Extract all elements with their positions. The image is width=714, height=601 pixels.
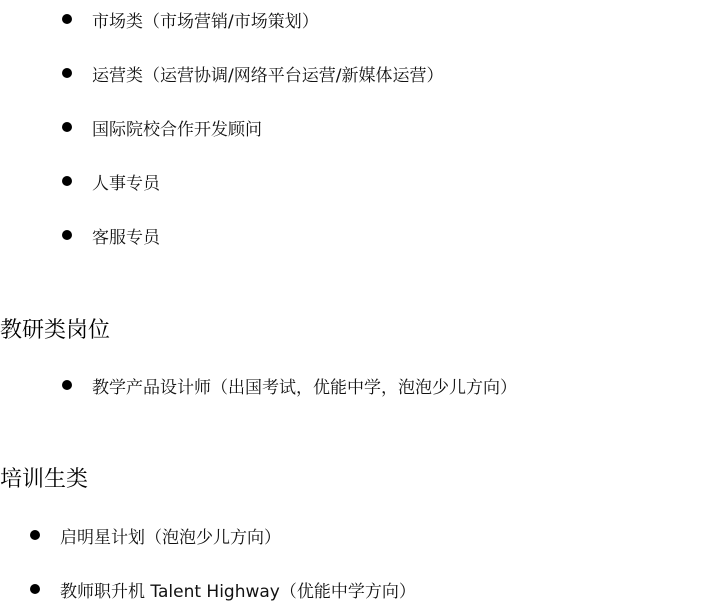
list-item: 人事专员: [62, 169, 160, 193]
bullet-icon: [62, 122, 72, 132]
list-item-label: 教学产品设计师（出国考试，优能中学，泡泡少儿方向）: [92, 373, 517, 398]
list-item: 客服专员: [62, 223, 160, 247]
list-item-label: 运营类（运营协调/网络平台运营/新媒体运营）: [92, 61, 443, 86]
list-item: 教学产品设计师（出国考试，优能中学，泡泡少儿方向）: [62, 373, 517, 397]
bullet-icon: [62, 68, 72, 78]
list-item-label: 启明星计划（泡泡少儿方向）: [60, 523, 281, 548]
section-heading-trainee: 培训生类: [0, 465, 88, 495]
bullet-icon: [62, 380, 72, 390]
list-item-label: 教师职升机 Talent Highway（优能中学方向）: [60, 577, 416, 601]
list-item: 启明星计划（泡泡少儿方向）: [30, 523, 281, 547]
list-item-label: 市场类（市场营销/市场策划）: [92, 7, 319, 32]
list-item: 国际院校合作开发顾问: [62, 115, 262, 139]
list-item-label: 客服专员: [92, 223, 160, 248]
list-item: 运营类（运营协调/网络平台运营/新媒体运营）: [62, 61, 443, 85]
list-item: 教师职升机 Talent Highway（优能中学方向）: [30, 577, 416, 601]
bullet-icon: [62, 230, 72, 240]
list-item: 市场类（市场营销/市场策划）: [62, 7, 319, 31]
list-item-label: 国际院校合作开发顾问: [92, 115, 262, 140]
section-heading-teaching-research: 教研类岗位: [0, 316, 110, 346]
bullet-icon: [30, 584, 40, 594]
list-item-label: 人事专员: [92, 169, 160, 194]
bullet-icon: [30, 530, 40, 540]
bullet-icon: [62, 14, 72, 24]
bullet-icon: [62, 176, 72, 186]
